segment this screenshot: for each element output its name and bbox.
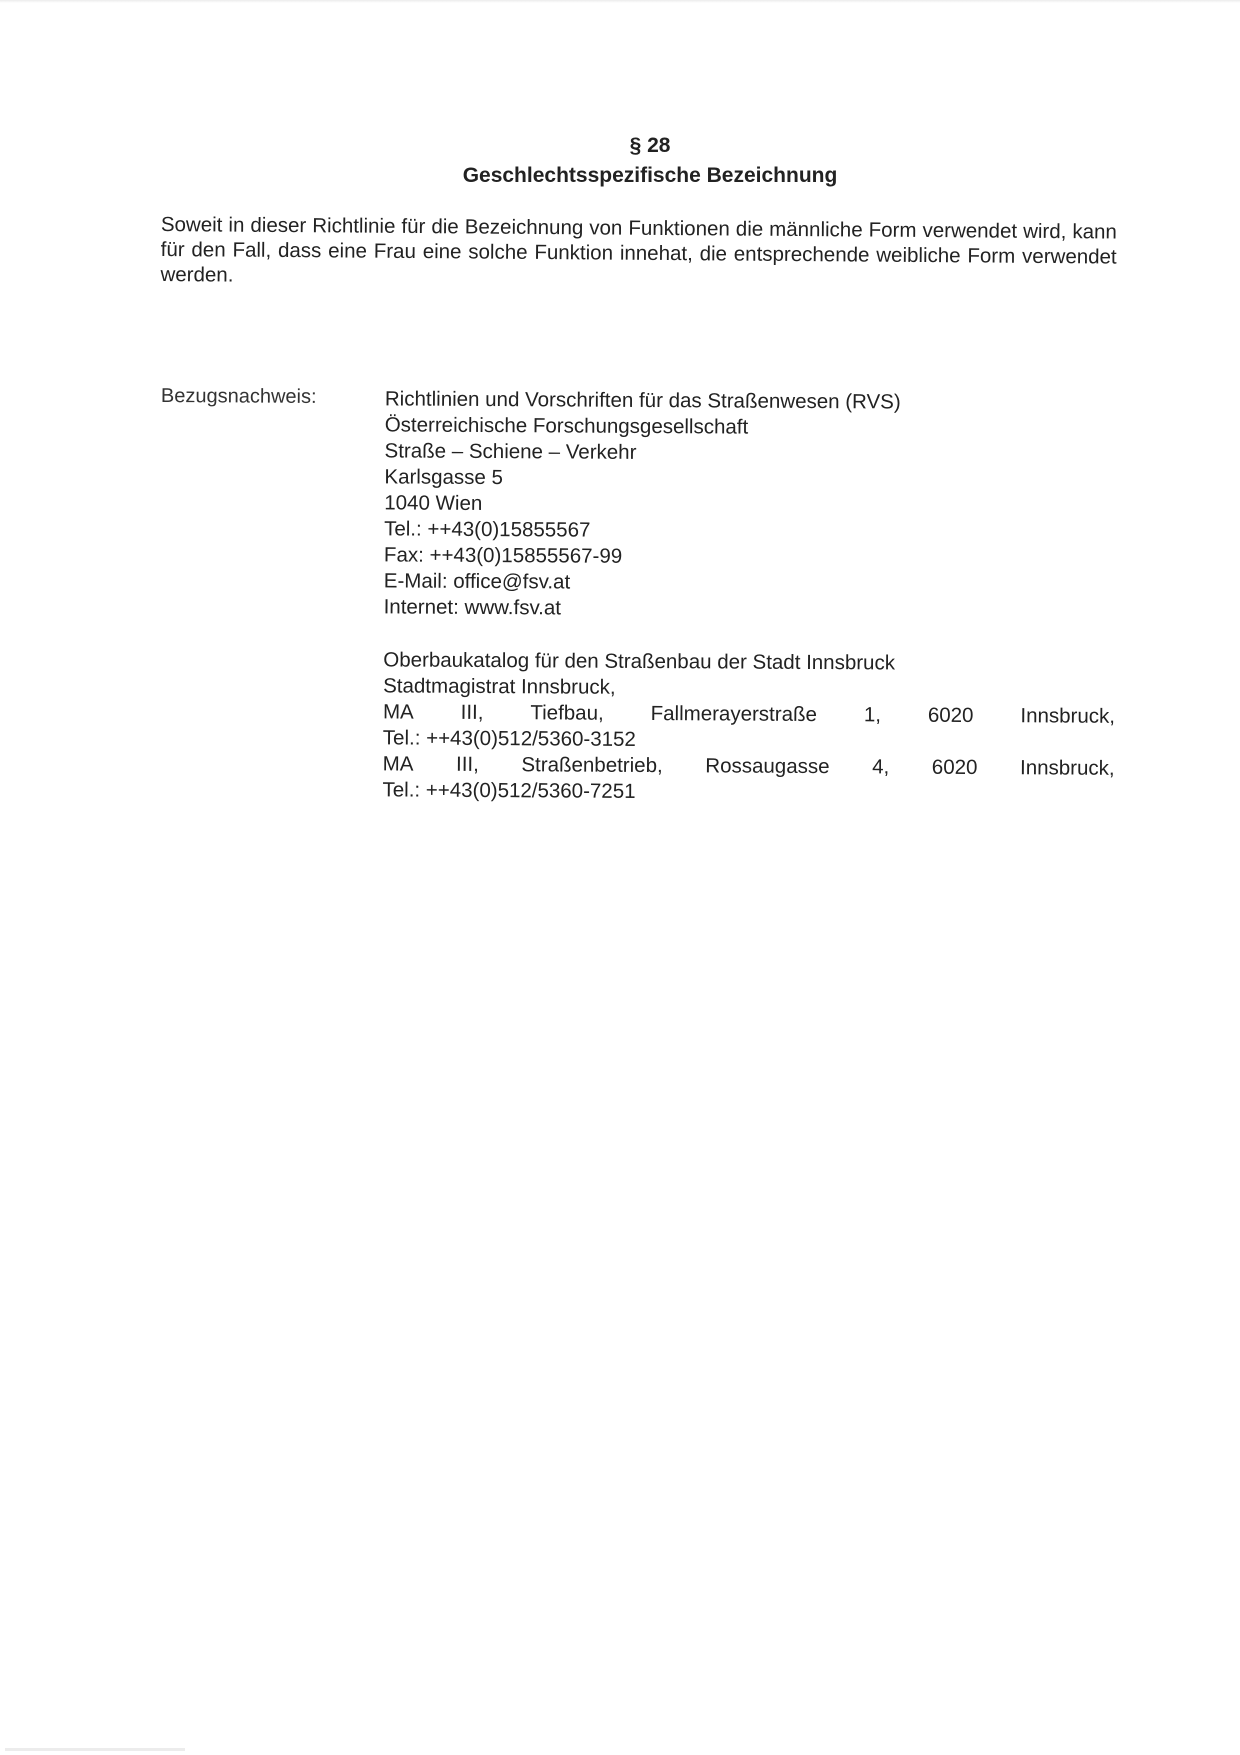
scan-edge-bottom [5,1748,185,1751]
scan-edge-top [0,0,1240,3]
address-word: Innsbruck, [1020,755,1115,782]
address-word: Tiefbau, [530,700,603,726]
office-tiefbau-phone: Tel.: ++43(0)512/5360-3152 [383,725,1115,755]
address-word: Innsbruck, [1020,703,1115,730]
gender-clause-paragraph: Soweit in dieser Richtlinie für die Beze… [160,212,1117,295]
reference-label: Bezugsnachweis: [161,385,317,409]
address-word: 1, [864,702,881,728]
office-strassenbetrieb-phone: Tel.: ++43(0)512/5360-7251 [382,777,1114,807]
rvs-website: Internet: www.fsv.at [384,594,1116,624]
rvs-street: Karlsgasse 5 [384,464,1116,494]
address-word: 6020 [928,703,974,729]
reference-content: Richtlinien und Vorschriften für das Str… [382,386,1117,807]
section-title: Geschlechtsspezifische Bezeichnung [0,164,1240,188]
section-number: § 28 [0,134,1240,158]
address-word: III, [461,700,484,726]
rvs-reference: Richtlinien und Vorschriften für das Str… [384,386,1117,624]
catalog-organization: Stadtmagistrat Innsbruck, [383,673,1115,703]
innsbruck-reference: Oberbaukatalog für den Straßenbau der St… [382,647,1115,807]
address-word: Fallmerayerstraße [651,701,817,728]
address-word: III, [456,752,479,778]
reference-block: Bezugsnachweis: Richtlinien und Vorschri… [161,385,1121,391]
address-word: MA [383,751,414,777]
address-word: 4, [872,754,889,780]
address-word: 6020 [932,755,978,781]
address-word: Rossaugasse [705,753,829,780]
address-word: Straßenbetrieb, [521,752,662,779]
address-word: MA [383,699,414,725]
